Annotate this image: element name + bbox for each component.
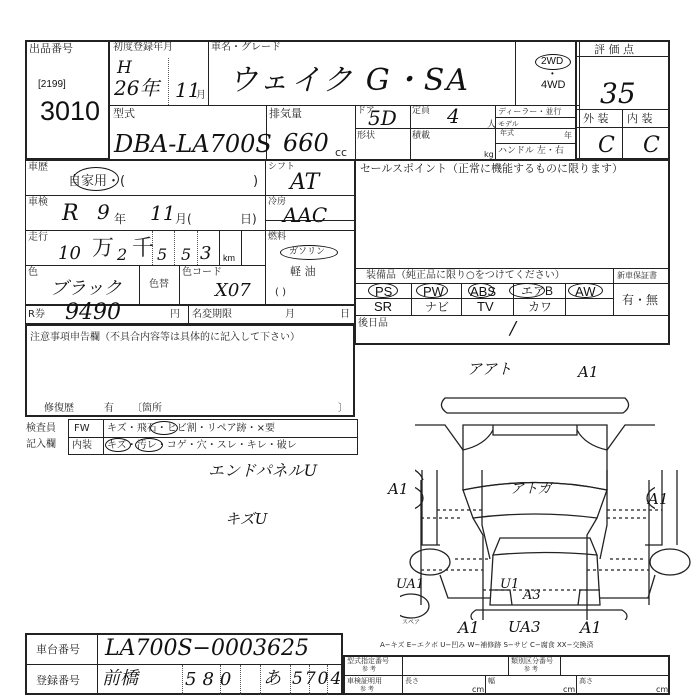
remark-2: キズU (225, 512, 267, 527)
width-label: 幅 (488, 678, 495, 685)
score-label: 評 価 点 (594, 44, 634, 55)
name-change-day: 日 (340, 310, 350, 320)
damage-legend: A−キズ E−エクボ U−凹み W−補修跡 S−サビ C−腐食 XX−交換済 (380, 642, 593, 649)
equipment-aw-circle (568, 283, 603, 298)
mileage-digit-2: 5 (181, 247, 191, 263)
mileage-sen-char: 千 (132, 238, 154, 260)
equipment-abs-circle (468, 283, 494, 298)
reg-class: 580 (185, 671, 237, 689)
repair-label: 修復歴 (44, 404, 74, 414)
mileage-unit: km (223, 254, 235, 263)
displacement-label: 排気量 (269, 108, 302, 119)
mark-left-side: A1 (388, 482, 408, 497)
chassis-number: LA700S−0003625 (105, 638, 309, 660)
inspection-year: 9 (97, 202, 110, 222)
inspection-month: 11 (150, 203, 175, 223)
fuel-label: 燃料 (268, 233, 286, 242)
class-code-label: 類別区分番号 (511, 658, 553, 665)
lot-label: 出品番号 (29, 43, 73, 54)
fw-items: キズ・飛石・ヒビ割・リペア跡・×要 (107, 424, 275, 434)
load-label: 積載 (412, 132, 430, 141)
inspection-year-suffix: 年 (114, 213, 126, 225)
model-year-unit: 年 (564, 132, 572, 140)
first-reg-year: 26年 (114, 78, 159, 98)
remark-1: エンドパネルU (208, 463, 317, 479)
later-items-label: 後日品 (358, 319, 388, 329)
interior-grade: C (643, 135, 660, 157)
equipment-navi: ナビ (425, 301, 449, 313)
mark-rear-gate: U1 (500, 578, 519, 591)
first-reg-label: 初度登録年月 (113, 43, 173, 53)
height-unit: cm (656, 686, 668, 694)
recycle-value: 9490 (65, 302, 121, 324)
width-unit: cm (563, 686, 575, 694)
handle-label: ハンドル 左・右 (498, 147, 564, 156)
cert-ref: 参 考 (360, 687, 374, 693)
usage-close: ) (253, 175, 258, 188)
first-reg-era: H (117, 60, 132, 77)
later-items-value: / (510, 320, 516, 338)
spare-tire-icon (400, 594, 429, 618)
fw-label: FW (74, 424, 90, 434)
length-label: 長さ (405, 678, 419, 685)
car-name-label: 車名・グレード (211, 43, 281, 53)
model-year-label-1: モデル (498, 121, 519, 128)
reg-region: 前橋 (102, 670, 138, 688)
capacity-label: 定員 (412, 107, 430, 116)
mileage-man: 10 (58, 245, 81, 263)
ac-value: AAC (283, 205, 327, 225)
fuel-paren: ( ) (275, 288, 286, 298)
inspection-day-suffix: 日) (240, 213, 257, 225)
interior-scratch-circle (105, 438, 131, 452)
mark-front-bumper-left: アアト (467, 362, 512, 377)
mileage-digit-3: 3 (200, 245, 211, 263)
length-unit: cm (472, 686, 484, 694)
color-value: ブラック (50, 280, 122, 298)
inspector-label-2: 記入欄 (26, 440, 56, 450)
name-change-label: 名変期限 (192, 310, 232, 320)
load-unit: kg (484, 151, 494, 159)
shift-value: AT (290, 172, 319, 194)
type-designation-label: 型式指定番号 (347, 658, 389, 665)
reg-number: 5704 (292, 671, 343, 688)
fw-chip-circle (150, 421, 178, 435)
usage-value: 自家用・( (68, 175, 125, 188)
equipment-sr: SR (374, 300, 392, 313)
mileage-man-char: 万 (92, 238, 114, 260)
reg-kana: あ (263, 670, 281, 688)
dealer-label: ディーラー・並行 (498, 108, 561, 116)
repair-location: 〔箇所 (132, 404, 162, 414)
capacity-unit: 人 (487, 121, 496, 130)
model-label: 型式 (113, 108, 135, 119)
repair-has: 有 (104, 404, 114, 414)
warranty-value: 有・無 (622, 294, 658, 306)
shape-label: 形状 (357, 132, 375, 141)
mileage-sen: 2 (117, 247, 127, 263)
recycle-unit: 円 (170, 310, 180, 320)
chassis-label: 車台番号 (36, 644, 80, 655)
warranty-label: 新車保証書 (617, 272, 657, 280)
mark-left-rear-quarter: UA1 (396, 578, 424, 591)
mark-roof: アトガ (510, 482, 552, 496)
mark-rear-bumper-center: UA3 (508, 620, 541, 635)
mark-rear-bumper-left: A1 (458, 620, 480, 636)
notes-label: 注意事項申告欄（不具合内容等は具体的に記入して下さい） (30, 333, 300, 343)
interior-label: 内装 (72, 441, 92, 451)
reg-label: 登録番号 (36, 675, 80, 686)
color-code: X07 (215, 282, 251, 300)
drive-2wd: 2WD (541, 57, 563, 67)
usage-label: 車歴 (28, 163, 48, 173)
first-reg-month-suffix: 月 (196, 91, 206, 101)
mileage-digit-1: 5 (157, 247, 167, 263)
recycle-label: R券 (28, 310, 45, 320)
model-code: DBA-LA700S (114, 132, 272, 156)
inspection-label: 車検 (28, 198, 48, 208)
lot-sub: [2199] (38, 80, 66, 90)
drive-dot: • (551, 70, 554, 78)
class-code-ref: 参 考 (524, 667, 538, 673)
mark-right-side: A1 (648, 492, 668, 507)
cert-label: 車検証明用 (347, 678, 382, 685)
spare-label: スペア (402, 620, 420, 626)
exterior-label: 外 装 (583, 113, 609, 124)
car-name: ウェイク G・SA (228, 66, 470, 96)
equipment-leather: カワ (528, 301, 552, 313)
displacement-value: 660 (283, 131, 329, 155)
repair-close: 〕 (338, 404, 348, 414)
doors-value: 5D (368, 108, 397, 128)
inspection-era: R (62, 203, 79, 225)
color-code-label: 色コード (182, 268, 222, 278)
sales-points-label: セールスポイント（正常に機能するものに限ります） (360, 163, 623, 174)
color-change-label: 色替 (149, 280, 169, 290)
mileage-label: 走行 (28, 233, 48, 243)
interior-stain-circle (135, 438, 163, 452)
equipment-tv: TV (477, 300, 494, 313)
displacement-unit: cc (335, 147, 347, 158)
equipment-pw-circle (416, 283, 448, 298)
type-designation-ref: 参 考 (362, 667, 376, 673)
equipment-ps-circle (368, 283, 398, 298)
inspector-label-1: 検査員 (26, 424, 56, 434)
fuel-gasoline: ガソリン (289, 248, 325, 257)
lot-number: 3010 (40, 98, 100, 125)
mark-rear-bumper-right: A1 (580, 620, 602, 636)
mark-rear-gate-center: A3 (523, 589, 541, 602)
model-year-label-2: 年式 (500, 130, 514, 137)
exterior-grade: C (598, 135, 615, 157)
equipment-label: 装備品（純正品に限り○をつけてください） (366, 271, 565, 281)
fuel-diesel: 軽 油 (290, 266, 316, 277)
drive-4wd: 4WD (541, 80, 565, 91)
mark-front-bumper-right: A1 (578, 365, 598, 380)
equipment-airbag-circle (509, 283, 545, 298)
score-value: 35 (600, 80, 636, 108)
capacity-value: 4 (447, 106, 460, 126)
interior-label: 内 装 (627, 113, 653, 124)
color-label: 色 (28, 268, 38, 278)
name-change-month: 月 (285, 310, 295, 320)
inspection-month-suffix: 月( (175, 213, 192, 225)
height-label: 高さ (579, 678, 593, 685)
